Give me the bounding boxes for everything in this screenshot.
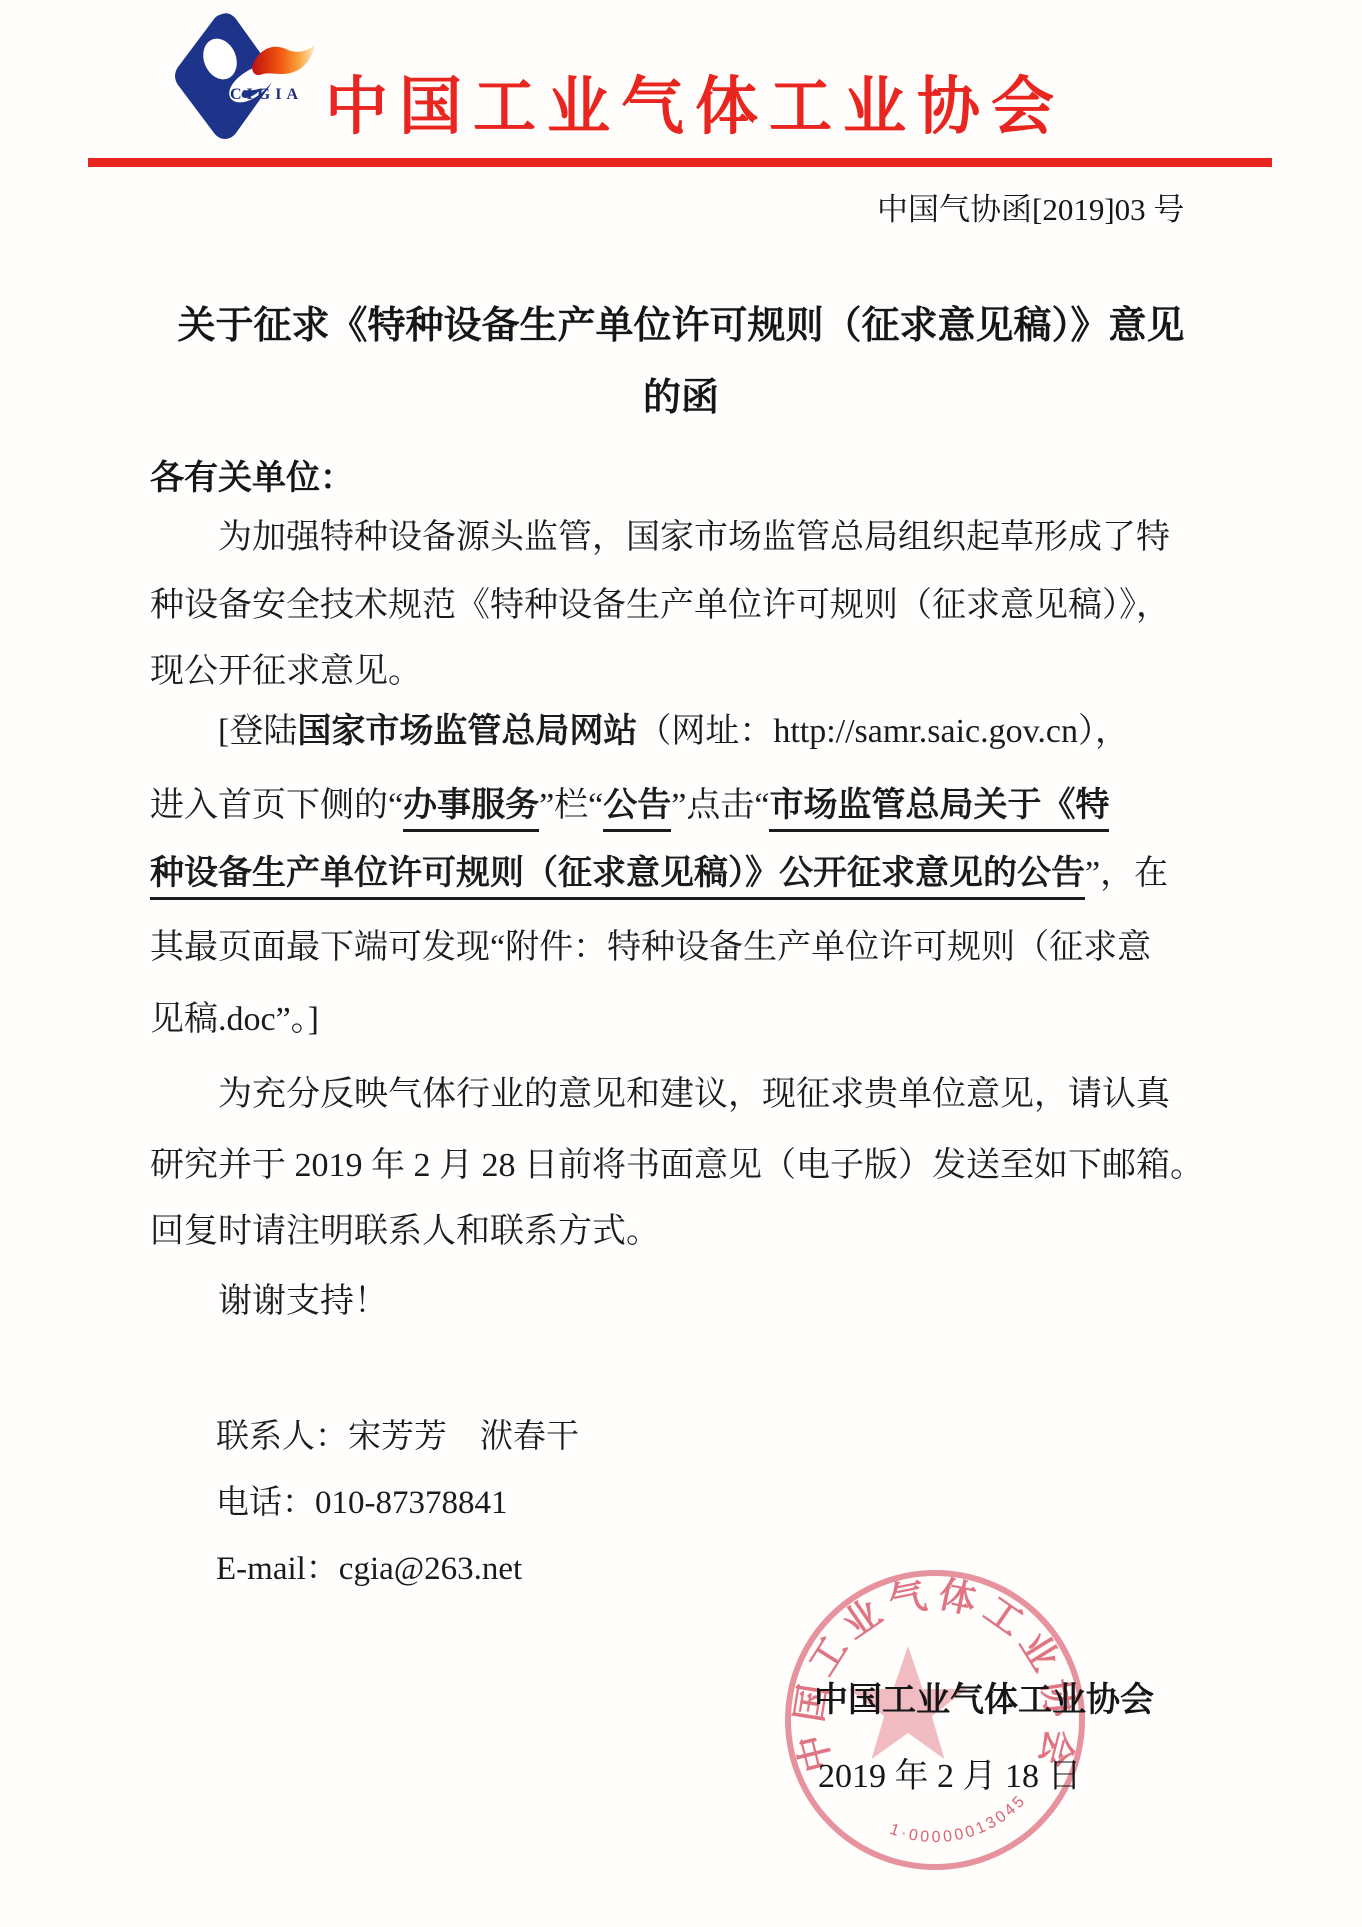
official-seal: 中国工业气体工业协会 1·00000013045 [780,1565,1092,1877]
body-line: 种设备生产单位许可规则（征求意见稿）》公开征求意见的公告”，在 [150,852,1168,896]
body-text: 为加强特种设备源头监管，国家市场监管总局组织起草形成了特 [218,519,1170,556]
body-text: ”点击“ [671,787,769,824]
emphasis-bold-underline: 公告 [603,787,671,832]
body-text: 谢谢支持！ [218,1283,388,1320]
signature-org: 中国工业气体工业协会 [814,1672,1154,1721]
emphasis-bold-underline: 办事服务 [403,787,539,832]
body-line: 进入首页下侧的“办事服务”栏“公告”点击“市场监管总局关于《特 [150,784,1109,828]
letter-title-line1: 关于征求《特种设备生产单位许可规则（征求意见稿）》意见 [0,294,1362,349]
body-text: ”栏“ [539,787,603,824]
body-line: 见稿.doc”。] [150,998,319,1042]
body-line: 现公开征求意见。 [150,650,422,694]
body-text: [登陆 [218,713,297,750]
emphasis-bold: 国家市场监管总局网站 [297,713,637,750]
body-line: 研究并于 2019 年 2 月 28 日前将书面意见（电子版）发送至如下邮箱。 [150,1144,1204,1188]
body-text: （网址：http://samr.saic.gov.cn）， [637,713,1129,750]
body-line: 其最页面最下端可发现“附件：特种设备生产单位许可规则（征求意 [150,926,1151,970]
contact-phone: 电话：010-87378841 [216,1476,508,1523]
seal-code: 1·00000013045 [887,1791,1030,1846]
body-line: 谢谢支持！ [150,1280,388,1324]
body-text: 回复时请注明联系人和联系方式。 [150,1213,660,1250]
cigia-logo: CIGIA [170,12,322,150]
body-text: ”，在 [1085,855,1168,892]
letter-title-line2: 的函 [0,366,1362,421]
body-line: 回复时请注明联系人和联系方式。 [150,1210,660,1254]
header-divider [88,158,1272,167]
svg-text:1·00000013045: 1·00000013045 [887,1791,1030,1846]
contact-email: E-mail：cgia@263.net [216,1542,522,1589]
letter-page: CIGIA 中国工业气体工业协会 中国气协函[2019]03 号 关于征求《特种… [0,0,1362,1927]
emphasis-bold-underline: 种设备生产单位许可规则（征求意见稿）》公开征求意见的公告 [150,855,1085,900]
body-text: 研究并于 2019 年 2 月 28 日前将书面意见（电子版）发送至如下邮箱。 [150,1147,1204,1184]
salutation: 各有关单位： [150,450,354,499]
org-title: 中国工业气体工业协会 [325,76,1065,139]
body-text: 其最页面最下端可发现“附件：特种设备生产单位许可规则（征求意 [150,929,1151,966]
body-text: 种设备安全技术规范《特种设备生产单位许可规则（征求意见稿）》， [150,587,1170,624]
doc-number: 中国气协函[2019]03 号 [877,184,1184,229]
body-line: 种设备安全技术规范《特种设备生产单位许可规则（征求意见稿）》， [150,584,1170,628]
logo-flame-icon [252,45,315,75]
logo-acronym: CIGIA [230,86,303,103]
contact-persons: 联系人：宋芳芳 洑春干 [216,1410,579,1457]
body-text: 为充分反映气体行业的意见和建议，现征求贵单位意见，请认真 [218,1076,1170,1113]
body-line: 为加强特种设备源头监管，国家市场监管总局组织起草形成了特 [150,516,1170,560]
logo-mark-icon [175,13,276,139]
signature-date: 2019 年 2 月 18 日 [818,1748,1082,1797]
body-line: 为充分反映气体行业的意见和建议，现征求贵单位意见，请认真 [150,1073,1170,1117]
body-text: 进入首页下侧的“ [150,787,403,824]
emphasis-bold-underline: 市场监管总局关于《特 [769,787,1109,832]
body-text: 现公开征求意见。 [150,653,422,690]
body-text: 见稿.doc”。] [150,1001,319,1038]
body-line: [登陆国家市场监管总局网站（网址：http://samr.saic.gov.cn… [150,710,1129,754]
